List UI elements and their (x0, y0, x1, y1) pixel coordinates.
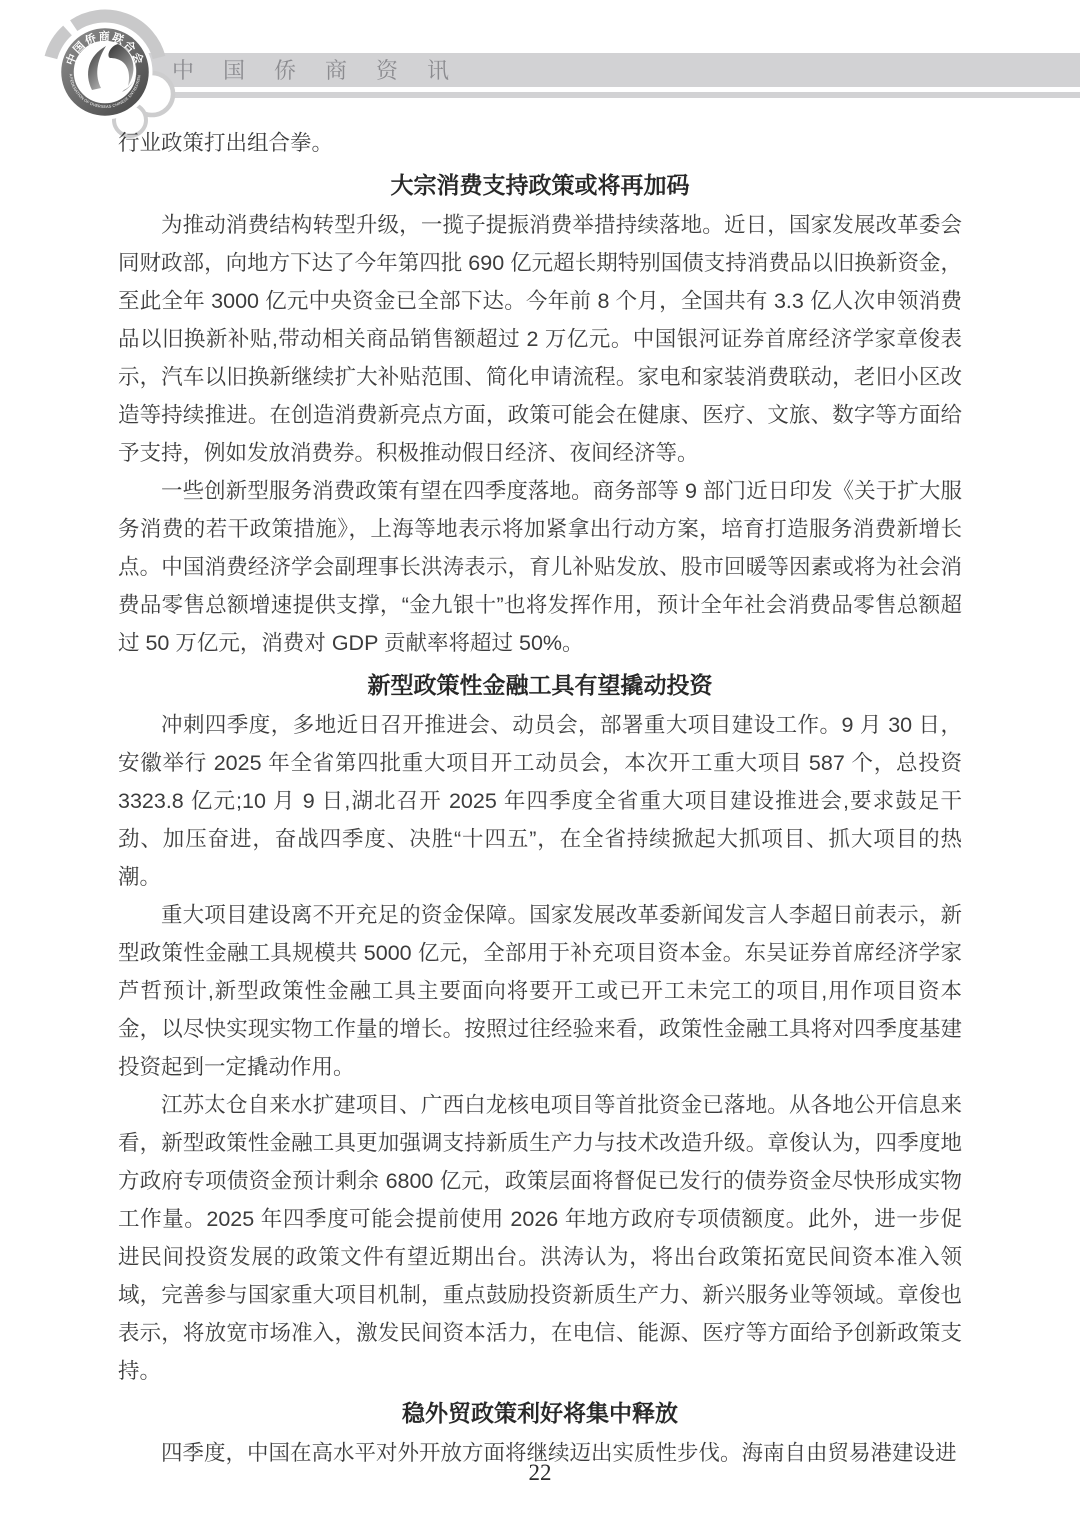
page-number: 22 (0, 1460, 1080, 1486)
section-heading-consumption: 大宗消费支持政策或将再加码 (118, 166, 962, 204)
header-band-underline (150, 92, 1080, 98)
section-heading-foreign-trade: 稳外贸政策利好将集中释放 (118, 1394, 962, 1432)
paragraph: 重大项目建设离不开充足的资金保障。国家发展改革委新闻发言人李超日前表示，新型政策… (118, 896, 962, 1086)
article-body: 行业政策打出组合拳。 大宗消费支持政策或将再加码 为推动消费结构转型升级，一揽子… (118, 124, 962, 1472)
paragraph: 一些创新型服务消费政策有望在四季度落地。商务部等 9 部门近日印发《关于扩大服务… (118, 472, 962, 662)
carryover-line: 行业政策打出组合拳。 (118, 124, 962, 162)
paragraph: 为推动消费结构转型升级，一揽子提振消费举措持续落地。近日，国家发展改革委会同财政… (118, 206, 962, 472)
section-heading-policy-finance: 新型政策性金融工具有望撬动投资 (118, 666, 962, 704)
masthead-title: 中国侨商资讯 (172, 53, 478, 87)
document-page: 中国侨商资讯 中国侨商联合会 CHINA FED (0, 0, 1080, 1525)
paragraph: 江苏太仓自来水扩建项目、广西白龙核电项目等首批资金已落地。从各地公开信息来看，新… (118, 1086, 962, 1390)
paragraph: 冲刺四季度，多地近日召开推进会、动员会，部署重大项目建设工作。9 月 30 日，… (118, 706, 962, 896)
